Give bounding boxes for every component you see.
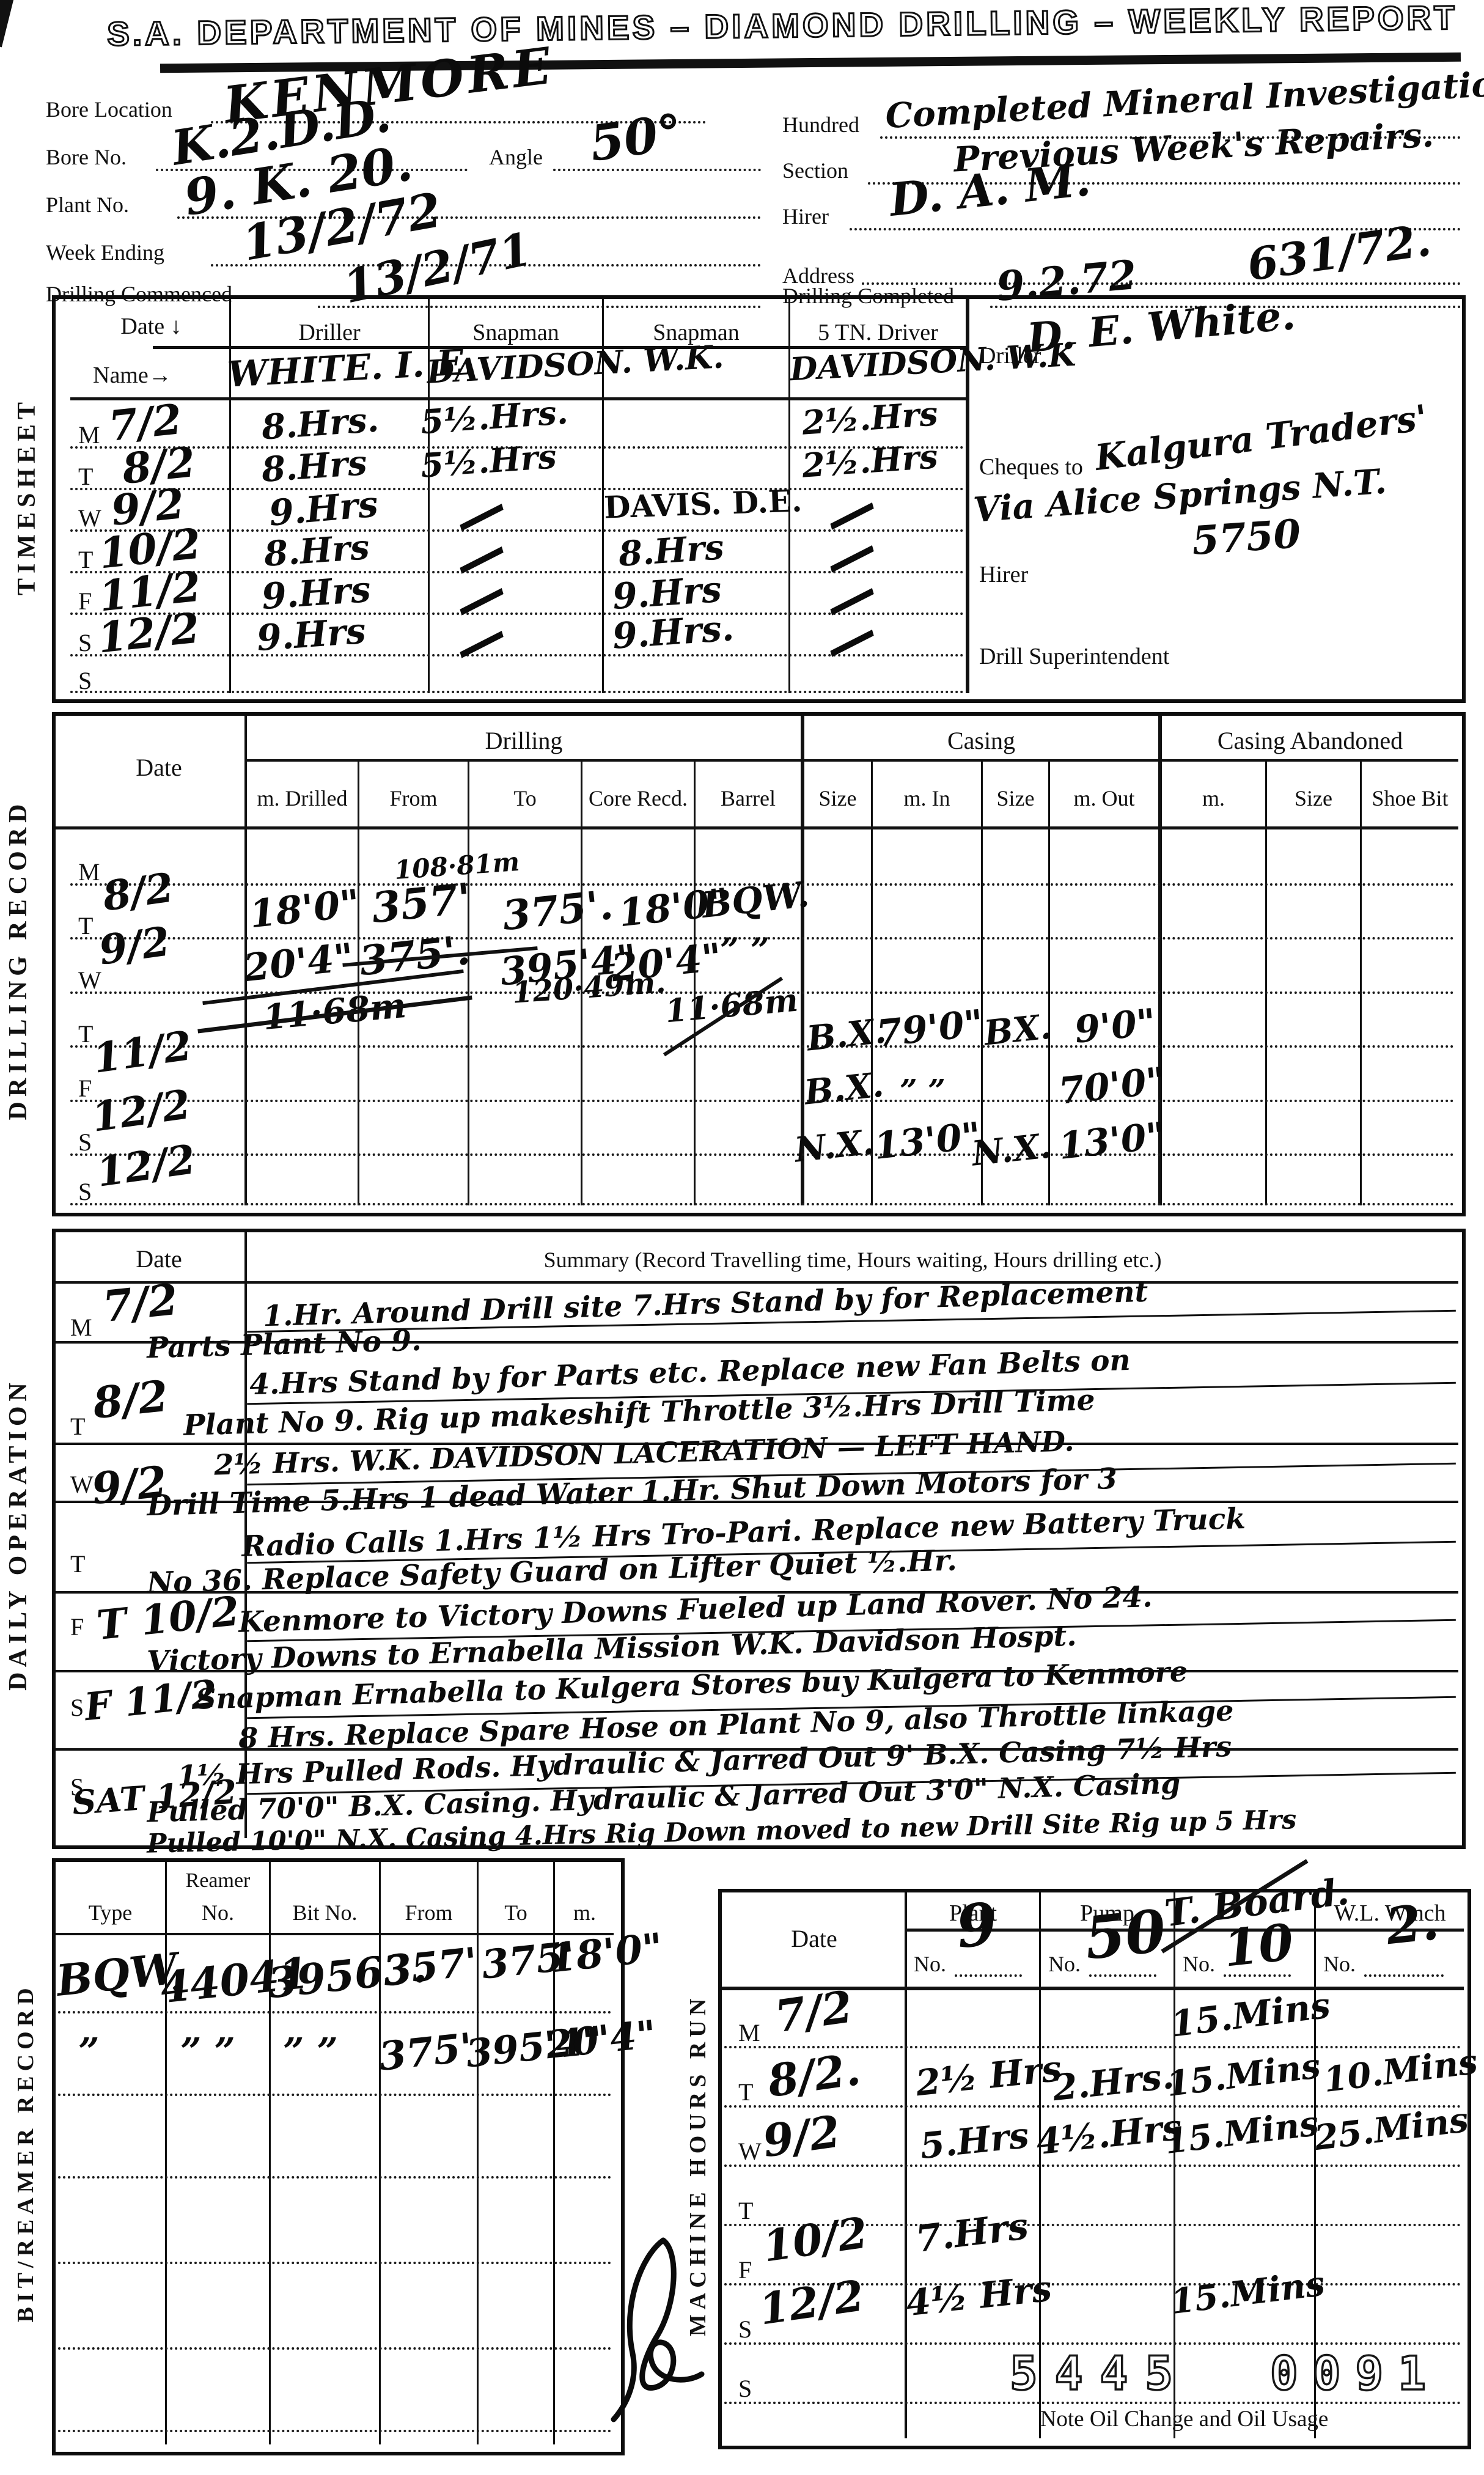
bit-reamer-section-label: BIT/REAMER RECORD — [12, 1983, 39, 2322]
bit-col-header: No. — [167, 1900, 269, 1925]
panel-cheques-label: Cheques to — [979, 454, 1083, 480]
timesheet-hours: 8.Hrs — [263, 527, 371, 575]
address-value: 631/72. — [1244, 213, 1434, 290]
timesheet-date-header: Date ↓ — [73, 313, 229, 340]
bit-row-line — [58, 2094, 611, 2096]
timesheet-section-label: TIMESHEET — [12, 397, 42, 595]
drilling-row-line — [70, 1203, 1455, 1205]
drilling-date-header: Date — [73, 753, 244, 782]
machine-day: W — [738, 2137, 762, 2166]
drilling-col-header: m. In — [873, 785, 981, 811]
drilling-row-line — [70, 1100, 1455, 1102]
bit-value: ” ” — [180, 2031, 235, 2073]
drilling-col-header: Core Recd. — [582, 785, 694, 811]
machine-row-line — [724, 2402, 1461, 2404]
bit-row-line — [58, 2176, 611, 2179]
bit-value: ” ” — [283, 2031, 338, 2073]
bit-col-header: To — [479, 1900, 553, 1925]
timesheet-day: W — [78, 504, 101, 532]
machine-footer-note: Note Oil Change and Oil Usage — [905, 2406, 1464, 2432]
bit-col-divider — [269, 1862, 271, 2444]
casing-value: BX. — [982, 1006, 1054, 1053]
machine-date: 7/2 — [772, 1980, 856, 2043]
daily-date: 7/2 — [100, 1274, 180, 1332]
machine-date: 9/2 — [760, 2105, 843, 2168]
hirer-value: D. A. M. — [887, 153, 1093, 227]
machine-row-line — [724, 2342, 1461, 2345]
plant-no-label: Plant No. — [46, 192, 129, 218]
bit-reamer-top-header: Reamer — [167, 1869, 269, 1892]
machine-no-line — [1089, 1974, 1156, 1977]
machine-no-label: No. — [1183, 1951, 1215, 1977]
bit-row-line — [58, 2430, 611, 2432]
drilling-col-header: m. — [1162, 785, 1265, 811]
panel-cheques-value-3: 5750 — [1191, 511, 1302, 564]
drilling-col-header: Size — [983, 785, 1048, 811]
week-ending-label: Week Ending — [46, 240, 164, 265]
timesheet-hours: 9.Hrs. — [611, 607, 735, 657]
timesheet-hours: 9.Hrs — [255, 610, 367, 659]
bit-row-line — [58, 2347, 611, 2350]
daily-day: M — [70, 1313, 92, 1342]
drilling-group-casing: Casing — [804, 726, 1158, 755]
angle-line — [553, 169, 761, 171]
bit-col-divider — [477, 1862, 479, 2444]
drilling-col-header: From — [359, 785, 468, 811]
bit-header-rule — [56, 1933, 614, 1935]
timesheet-day: F — [78, 587, 92, 616]
daily-day: T — [70, 1550, 85, 1578]
drilling-col-header: m. Drilled — [247, 785, 358, 811]
machine-plant-no: 9 — [953, 1890, 1000, 1962]
drilling-date: 9/2 — [96, 917, 173, 974]
hour-meter-stamp-left: 5445 — [1010, 2346, 1190, 2400]
daily-date: 8/2 — [90, 1370, 171, 1429]
daily-section-label: DAILY OPERATION — [4, 1378, 33, 1691]
bit-col-header: Bit No. — [271, 1900, 379, 1925]
drilling-col-header: Barrel — [696, 785, 801, 811]
drilling-row-line — [70, 1153, 1455, 1156]
casing-value: 9'0" — [1073, 1001, 1158, 1052]
drilling-day: M — [78, 858, 100, 886]
daily-day: T — [70, 1412, 85, 1441]
machine-day: M — [738, 2018, 760, 2047]
timesheet-row-line — [70, 691, 964, 693]
timesheet-hours: 8.Hrs — [260, 443, 369, 490]
timesheet-hours: 8.Hrs. — [260, 399, 380, 447]
machine-day: S — [738, 2374, 752, 2403]
daily-row-line — [56, 1281, 1458, 1284]
daily-day: F — [70, 1613, 84, 1641]
timesheet-hours: 8.Hrs — [617, 527, 725, 575]
timesheet-day: T — [78, 545, 93, 574]
drilling-group-drilling: Drilling — [247, 726, 801, 755]
drilling-row-line — [70, 1045, 1455, 1048]
machine-no-label: No. — [1048, 1951, 1081, 1977]
machine-no-label: No. — [914, 1951, 946, 1977]
panel-hirer-label: Hirer — [979, 561, 1028, 588]
drilling-value: 357' — [369, 874, 473, 933]
timesheet-driver-header: 5 TN. Driver — [790, 319, 966, 346]
drilling-subheader-rule — [247, 759, 1458, 762]
machine-tboard-no: 10 — [1221, 1913, 1296, 1978]
hundred-label: Hundred — [782, 112, 859, 138]
drilling-col-header: m. Out — [1050, 785, 1158, 811]
timesheet-day: T — [78, 462, 93, 491]
angle-label: Angle — [489, 144, 543, 170]
machine-day: F — [738, 2256, 752, 2284]
bit-value: 357' — [381, 1939, 479, 1995]
machine-no-line — [1364, 1974, 1444, 1977]
drilling-col-header: To — [469, 785, 581, 811]
section-label: Section — [782, 158, 848, 183]
timesheet-day: M — [78, 421, 100, 449]
timesheet-day: S — [78, 666, 92, 695]
bit-value: 375' — [377, 2024, 474, 2080]
drilling-header-rule — [56, 826, 1458, 829]
bit-row-line — [58, 2011, 611, 2013]
timesheet-day: S — [78, 628, 92, 657]
bit-value: ” — [78, 2031, 100, 2073]
scanned-weekly-report: S.A. DEPARTMENT OF MINES – DIAMOND DRILL… — [0, 0, 1484, 2475]
machine-day: S — [738, 2315, 752, 2344]
casing-value: N.X. — [970, 1125, 1053, 1174]
machine-no-label: No. — [1323, 1951, 1356, 1977]
page-title: S.A. DEPARTMENT OF MINES – DIAMOND DRILL… — [107, 0, 1446, 53]
casing-value: ” ” — [900, 1072, 946, 1108]
daily-day: S — [70, 1693, 84, 1722]
machine-day: T — [738, 2078, 753, 2106]
casing-value: B.X. — [803, 1064, 886, 1112]
scan-artifact — [0, 0, 15, 47]
timesheet-name-header: Name→ — [93, 362, 172, 389]
panel-superintendent-label: Drill Superintendent — [979, 643, 1169, 670]
drilling-date: 8/2 — [100, 863, 177, 920]
bit-col-header: From — [381, 1900, 477, 1925]
timesheet-hours: DAVIS. D.E. — [603, 482, 803, 525]
drilling-day: W — [78, 966, 101, 995]
machine-date-header: Date — [724, 1924, 905, 1953]
drilling-day: S — [78, 1128, 92, 1157]
machine-winch-no: 2. — [1383, 1892, 1441, 1956]
machine-pump-no: 50 — [1082, 1897, 1169, 1973]
drilling-col-header: Shoe Bit — [1362, 785, 1458, 811]
machine-no-line — [955, 1974, 1022, 1977]
bit-row-line — [58, 2262, 611, 2264]
bit-col-header: Type — [56, 1900, 165, 1925]
hirer-label: Hirer — [782, 204, 829, 229]
machine-section-label: MACHINE HOURS RUN — [685, 1994, 711, 2336]
daily-summary-header: Summary (Record Travelling time, Hours w… — [247, 1247, 1458, 1273]
drilling-day: S — [78, 1177, 92, 1206]
drilling-col-header: Size — [804, 785, 871, 811]
drilling-section-label: DRILLING RECORD — [4, 800, 33, 1120]
daily-date-header: Date — [73, 1245, 244, 1273]
machine-day: T — [738, 2196, 753, 2225]
drilling-value: ” ” — [720, 930, 770, 969]
drilling-group-abandoned: Casing Abandoned — [1162, 726, 1458, 755]
bore-no-label: Bore No. — [46, 144, 127, 170]
drilling-day: T — [78, 911, 93, 940]
bit-col-header: m. — [555, 1900, 614, 1925]
machine-row-line — [724, 2164, 1461, 2167]
bore-location-label: Bore Location — [46, 97, 172, 122]
drilling-col-header: Size — [1267, 785, 1360, 811]
timesheet-driller-header: Driller — [231, 319, 428, 346]
angle-value: 50° — [586, 103, 686, 172]
casing-value: N.X. — [793, 1122, 876, 1170]
hour-meter-stamp-right: 0091 — [1270, 2346, 1441, 2400]
